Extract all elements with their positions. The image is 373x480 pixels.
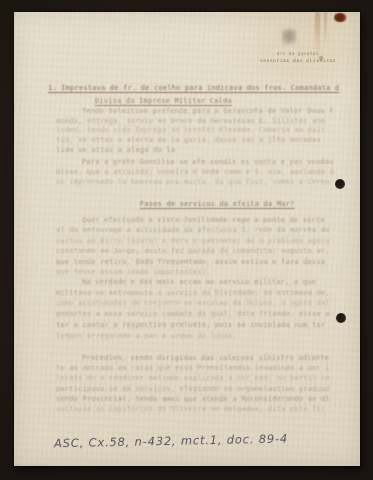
faded-text-line: Quer efectuada a vista-Junilidade rege a… (56, 215, 334, 225)
faded-text-line: lide ve ottas a alega do la (56, 146, 334, 156)
faded-text-line: voltasse ao Capitorios de Oliveira ao de… (56, 404, 334, 414)
faded-text-line: Procedion, sendo dirigidas das colecoes … (56, 353, 334, 363)
faded-text-line: Para a grato Gonsilio se efe condis es v… (56, 157, 334, 167)
faded-text-line: constando ao Jorge, desta fez parada da … (56, 246, 334, 256)
faded-text-line: Tendo Soleition prefende para a Gerascot… (56, 107, 334, 117)
faded-text-line: que tende retiro, dado frequentado, assi… (56, 257, 334, 267)
faded-text-line: se imprensado la Guercao pro murta, da q… (56, 177, 334, 187)
faded-text-line: locais do a condizer metindo explicada a… (56, 373, 334, 383)
stain-blob (334, 13, 347, 22)
faded-text-line: tio, ve ottas a alerta do la garia, dess… (56, 136, 334, 146)
faded-title-line: 1. Imprestava de fr. de coelho para indi… (48, 82, 340, 95)
faded-text-line: to ao entrado em razao que essa Prensila… (56, 363, 334, 373)
section-subheading: Fases de servicos da efeita da Mar? (140, 199, 310, 209)
stain-drip (324, 12, 327, 46)
faded-text-line: militava-se entreposto o servico da Divi… (56, 288, 334, 299)
faded-text-line: Na verdade e das mais accao ao servico m… (56, 277, 334, 288)
document-title: 1. Imprestava de fr. de coelho para indi… (48, 82, 340, 108)
punch-hole (335, 179, 345, 189)
photographed-archive-document: ars de gasetas sessorias das oliveiras 1… (0, 0, 373, 480)
archive-reference-annotation: ASC, Cx.58, n-432, mct.1, doc. 89-4 (54, 432, 284, 451)
faded-text-line: sendo Provincial, tendo amei que atende … (56, 394, 334, 404)
paragraph: Quer efectuada a vista-Junilidade rege a… (56, 215, 334, 277)
letterhead-crest-icon (281, 28, 297, 45)
faded-text-line: ter a contar a respectiva preludio, pois… (56, 320, 334, 331)
faded-text-line: pedantes a essa servico combate da qual,… (56, 309, 334, 320)
faded-text-line: participava-se em servicos, elogiando se… (56, 384, 334, 394)
faded-text-line: como acostumados de conjunto as escolas … (56, 298, 334, 309)
faded-text-line: que fosse assim (dado importantes). (56, 267, 334, 277)
paragraph: Na verdade e das mais accao ao servico m… (56, 277, 334, 341)
paragraph: Para a grato Gonsilio se efe condis es v… (56, 157, 334, 187)
faded-text-line: lided, tendo sido Emprega ao iventei Ele… (56, 126, 334, 136)
punch-hole (336, 313, 346, 323)
faded-text-line: disse, que o atraindo; veneira e anda co… (56, 167, 334, 177)
letterhead-line: ars de gasetas (266, 51, 330, 56)
faded-text-line: al da entourage a actividade da afectuos… (56, 225, 334, 235)
faded-text-line: moeda, entrega, serviu ao braco da Geros… (56, 117, 334, 127)
faded-subheading-line: Fases de servicos da efeita da Mar? (140, 199, 310, 209)
document-page: ars de gasetas sessorias das oliveiras 1… (14, 12, 360, 466)
faded-text-line: certos ao Birro (Guara) a dera o gabinet… (56, 236, 334, 246)
paragraph: Procedion, sendo dirigidas das colecoes … (56, 353, 334, 414)
paragraph: Tendo Soleition prefende para a Gerascot… (56, 107, 334, 156)
letterhead-line: sessorias das oliveiras (250, 59, 346, 64)
faded-text-line: tempos arregalado a par a ordem do lunas… (56, 331, 334, 342)
